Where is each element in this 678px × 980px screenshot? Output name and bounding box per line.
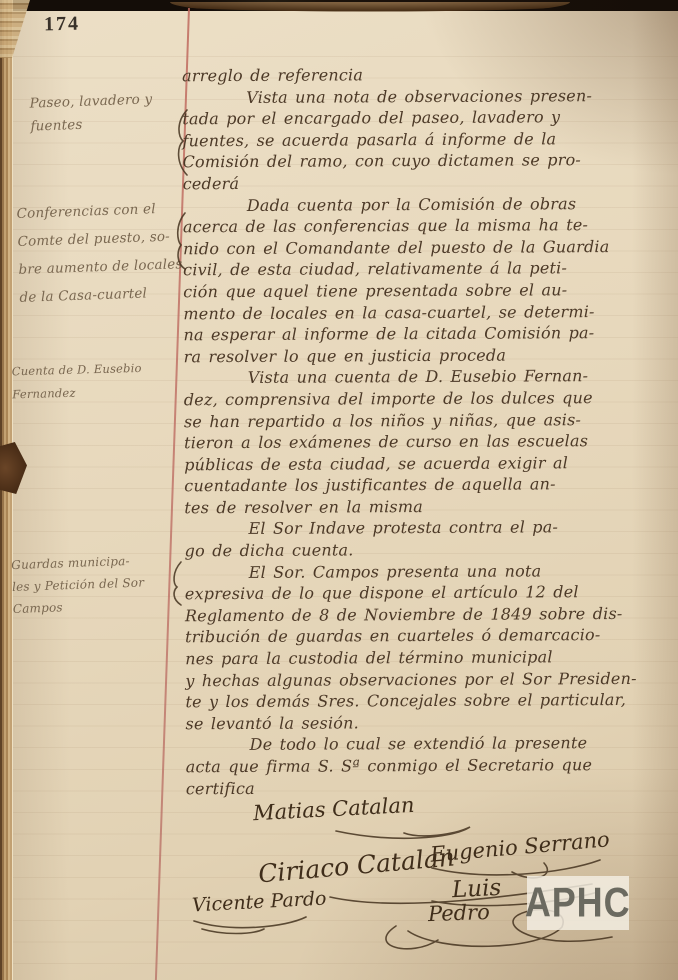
paragraph-protesta-indave: El Sor Indave protesta contra el pa- go … xyxy=(184,516,670,562)
flourish-pedro-left-loop xyxy=(386,926,438,949)
paragraph-nota-observaciones: Vista una nota de observaciones presen- … xyxy=(182,84,669,195)
book-spine-highlight xyxy=(170,2,570,15)
manuscript-page: 174 Paseo, lavadero y fuentes Conferenci… xyxy=(0,0,678,980)
signature-vicente-pardo: Vicente Pardo xyxy=(192,887,327,916)
flourish-vicente2 xyxy=(202,929,264,934)
top-left-page-stack xyxy=(0,0,30,58)
paragraph-comision-obras: Dada cuenta por la Comisión de obras ace… xyxy=(183,192,670,367)
paragraph-arreglo: arreglo de referencia xyxy=(182,63,668,87)
signature-eugenio-serrano: Eugenio Serrano xyxy=(429,827,610,867)
signature-ciriaco-catalan: Ciriaco Catalan xyxy=(257,842,456,888)
aphc-watermark-text: APHC xyxy=(525,879,631,926)
flourish-matias-underline xyxy=(336,827,470,838)
margin-note-guardas-municipales: Guardas municipa- les y Petición del Sor… xyxy=(11,548,188,620)
margin-note-conferencias-casa-cuartel: Conferencias con el Comte del puesto, so… xyxy=(16,194,188,312)
paragraph-cuenta-dulces: Vista una cuenta de D. Eusebio Fernan- d… xyxy=(184,365,671,519)
paragraph-nota-campos: El Sor. Campos presenta una nota expresi… xyxy=(185,559,672,734)
acta-body-text: arreglo de referencia Vista una nota de … xyxy=(182,63,672,800)
margin-note-cuenta-eusebio-fernandez: Cuenta de D. Eusebio Fernandez xyxy=(11,356,190,407)
paragraph-cierre-acta: De todo lo cual se extendió la presente … xyxy=(186,732,672,799)
margin-note-paseo-lavadero-fuentes: Paseo, lavadero y fuentes xyxy=(29,87,181,138)
flourish-vicente xyxy=(194,917,306,928)
signature-pedro: Pedro xyxy=(428,900,491,926)
aphc-watermark: APHC xyxy=(527,876,629,930)
book-clasp xyxy=(0,442,27,494)
page-number: 174 xyxy=(44,13,80,37)
signature-luis: Luis xyxy=(451,875,502,904)
